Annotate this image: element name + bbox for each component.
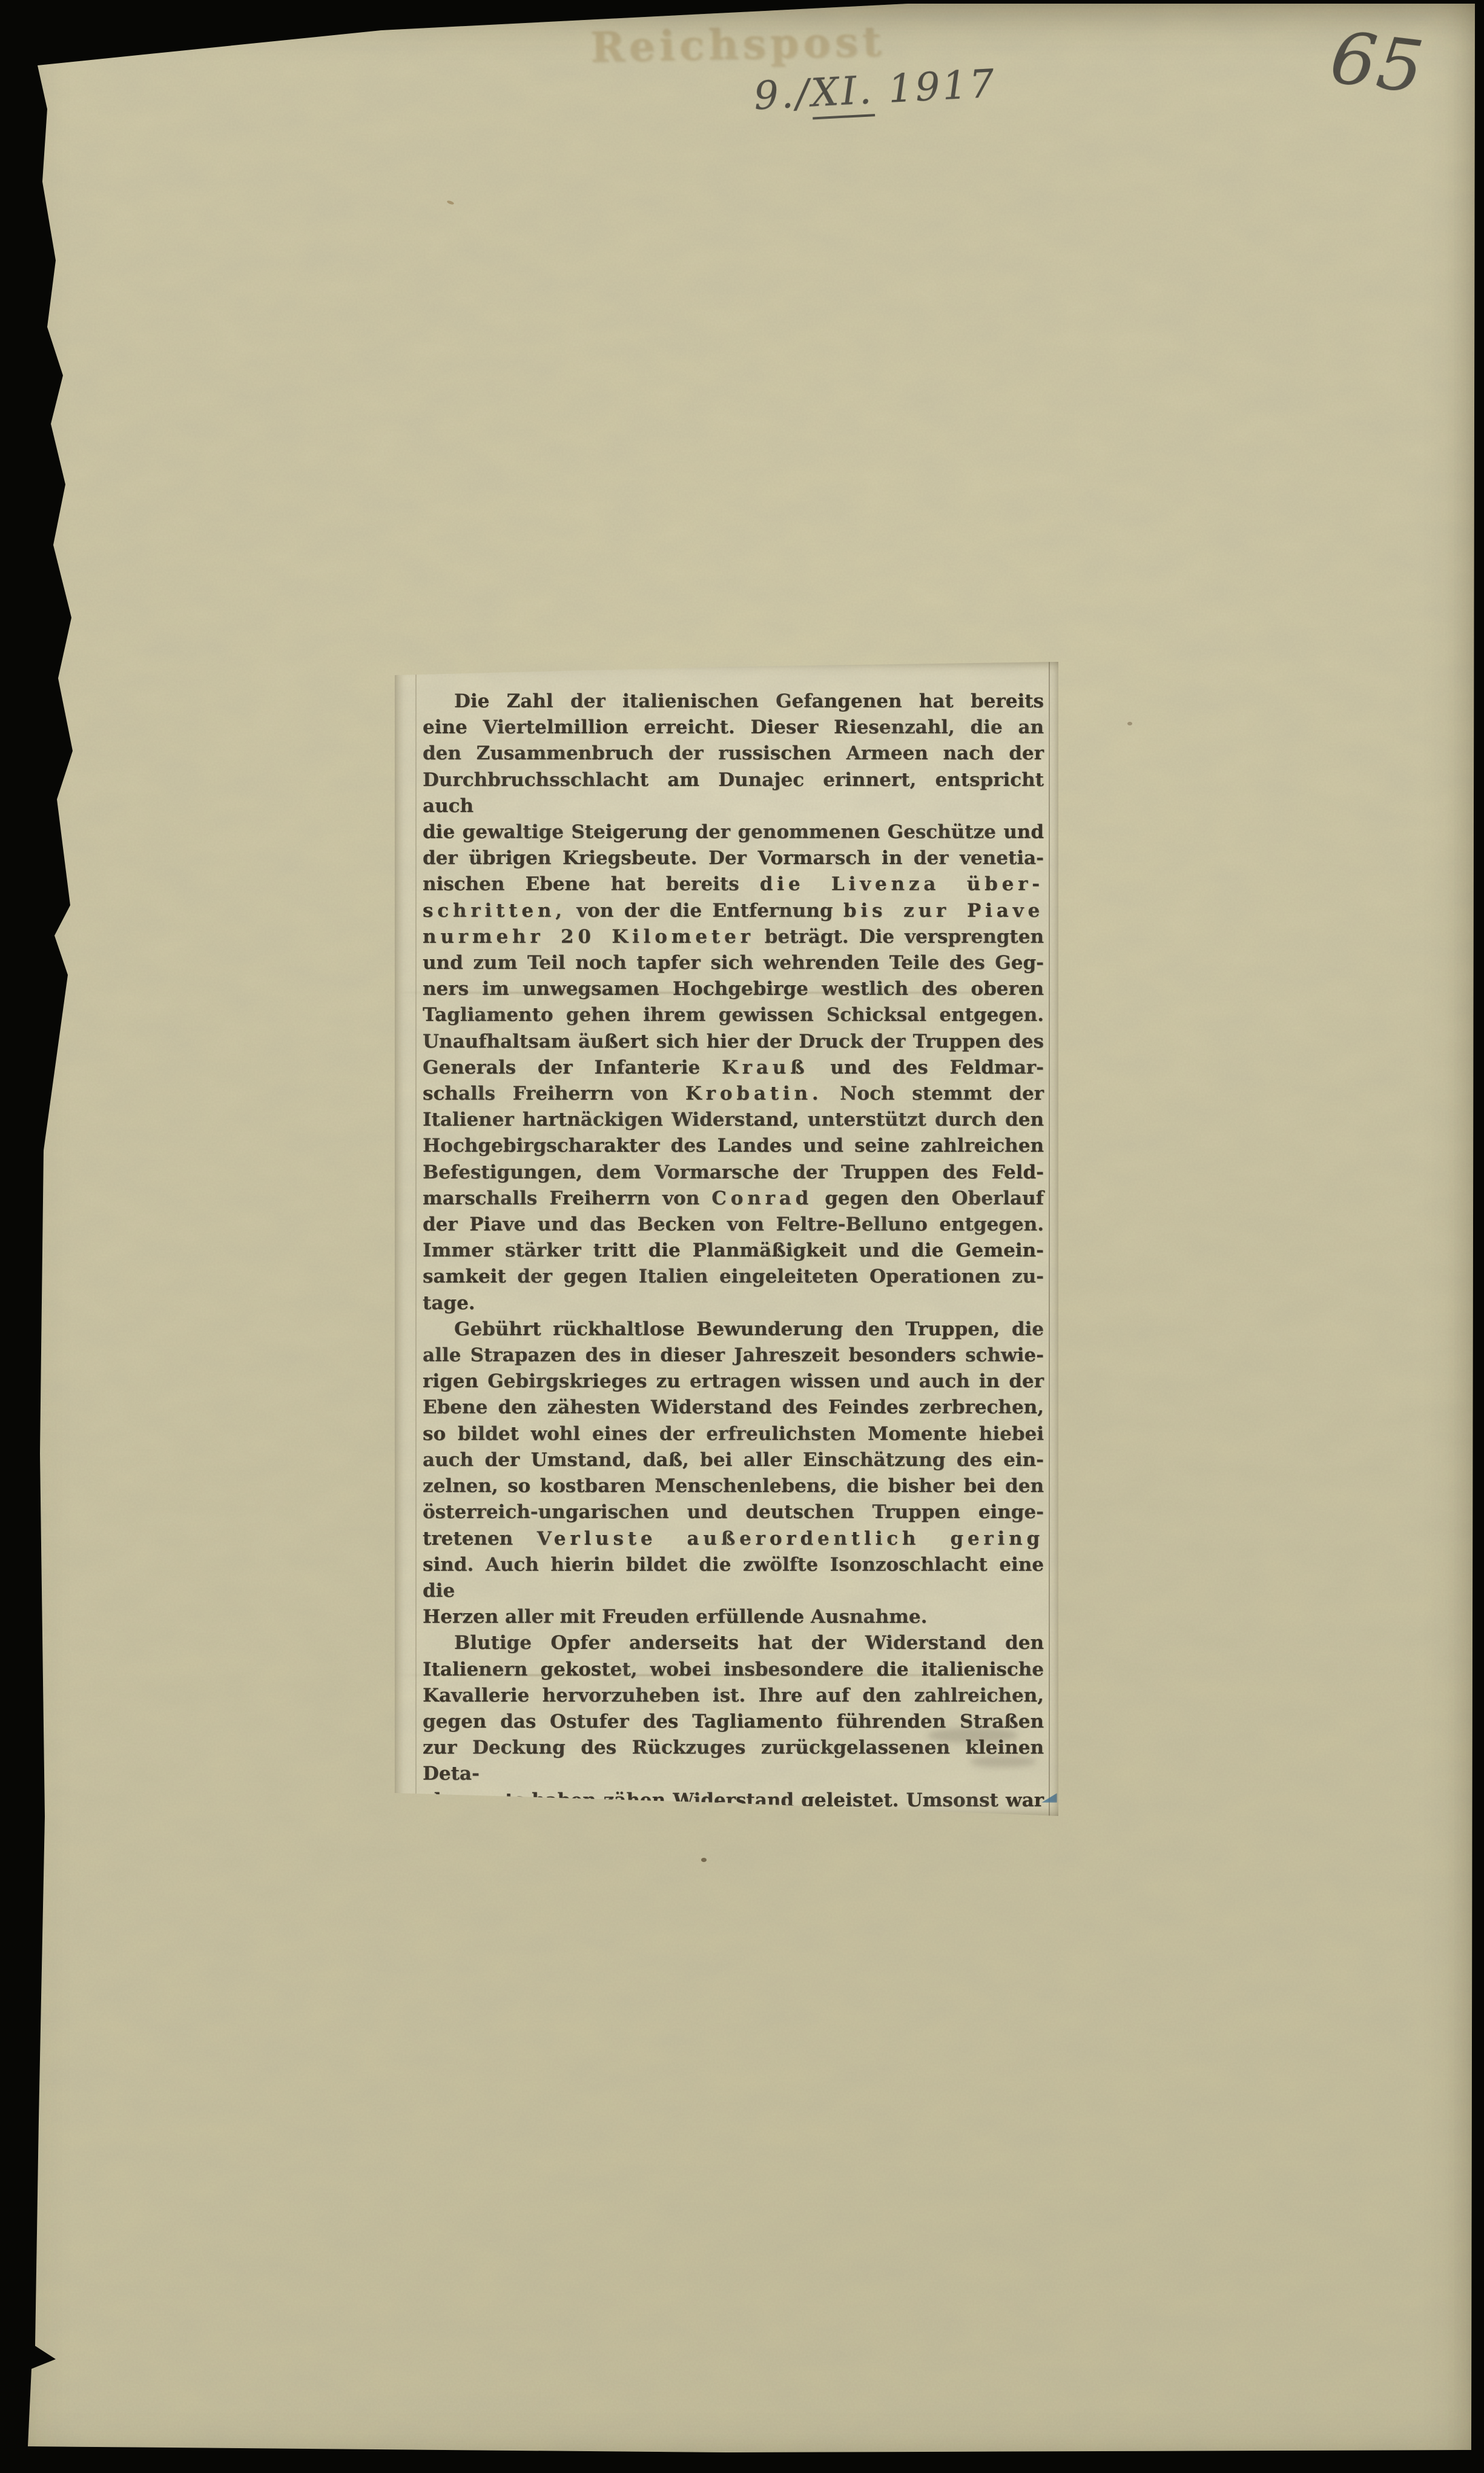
paper-sheet: Reichspost 9./XI. 1917 65 Die Zahl der i… [0,0,1484,2473]
clipping-line: Herzen aller mit Freuden erfüllende Ausn… [423,1604,1044,1630]
clipping-line: Durchbruchsschlacht am Dunajec erinnert,… [423,767,1044,819]
body-text: Generals der Infanterie [423,1057,722,1078]
body-text: chements haben zähen Widerstand geleiste… [423,1789,1044,1811]
clipping-line: nurmehr 20 Kilometer beträgt. Die verspr… [423,924,1044,950]
clipping-line: die gewaltige Steigerung der genommenen … [423,819,1044,845]
body-text: samkeit der gegen Italien eingeleiteten … [423,1266,1044,1287]
date-year: 1917 [872,62,998,113]
clipping-text: Die Zahl der italienischen Gefangenen ha… [423,688,1044,1866]
clipping-line: tage. [423,1290,1044,1316]
date-month: XI. [810,68,875,119]
letterspaced-text: Conrad [711,1187,813,1209]
clipping-line: eine Viertelmillion erreicht. Dieser Rie… [423,715,1044,741]
paper-speck [701,1858,707,1862]
clipping-line: der Piave und das Becken von Feltre-Bell… [423,1212,1044,1238]
clipping-column-rule-right [1049,662,1050,1816]
clipping-line: ners im unwegsamen Hochgebirge westlich … [423,976,1044,1002]
body-text: beträgt. Die versprengten [754,926,1044,948]
body-text: Befestigungen, dem Vormarsche der Truppe… [423,1161,1044,1183]
body-text: Ebene den zähesten Widerstand des Feinde… [423,1396,1044,1418]
letterspaced-text: nurmehr 20 Kilometer [423,926,754,948]
body-text: schalls Freiherrn von [423,1083,685,1104]
newspaper-clipping: Die Zahl der italienischen Gefangenen ha… [395,662,1058,1816]
letterspaced-text: schritten, [423,900,566,922]
clipping-line: Italienern gekostet, wobei insbesondere … [423,1657,1044,1683]
body-text: Tagliamento gehen ihrem gewissen Schicks… [423,1004,1044,1026]
body-text: tage. [423,1292,475,1314]
watermark-stamp: Reichspost [590,18,886,72]
body-text: Durchbruchsschlacht am Dunajec erinnert,… [423,769,1044,817]
clipping-line: Blutige Opfer anderseits hat der Widerst… [423,1630,1044,1656]
clipping-line: deten bereits der Piave entgegen. [423,1840,1044,1866]
clipping-line: nischen Ebene hat bereits die Livenza üb… [423,871,1044,897]
body-text: marschalls Freiherrn von [423,1187,711,1209]
body-text: die gewaltige Steigerung der genommenen … [423,821,1044,843]
clipping-line: samkeit der gegen Italien eingeleiteten … [423,1264,1044,1290]
clipping-line: sind. Auch hierin bildet die zwölfte Iso… [423,1552,1044,1604]
body-text: Italienern gekostet, wobei insbesondere … [423,1659,1044,1680]
body-text: Blutige Opfer anderseits hat der Widerst… [454,1632,1044,1654]
paper-speck [447,200,455,205]
letterspaced-text: Krauß [722,1057,809,1078]
clipping-line: Gebührt rückhaltlose Bewunderung den Tru… [423,1316,1044,1342]
body-text: ihr Opfermut, heute schreiten die Truppe… [423,1815,1044,1837]
body-text: den Zusammenbruch der russischen Armeen … [423,742,1044,764]
body-text: auch der Umstand, daß, bei aller Einschä… [423,1449,1044,1471]
body-text: eine Viertelmillion erreicht. Dieser Rie… [423,716,1044,738]
handwritten-date: 9./XI. 1917 [753,62,997,119]
body-text: gegen das Ostufer des Tagliamento führen… [423,1711,1044,1732]
date-day: 9./ [753,71,812,119]
body-text: von der die Entfernung [566,900,843,922]
body-text: und zum Teil noch tapfer sich wehrenden … [423,952,1044,974]
body-text: ners im unwegsamen Hochgebirge westlich … [423,978,1044,1000]
clipping-line: Italiener hartnäckigen Widerstand, unter… [423,1107,1044,1133]
body-text: Herzen aller mit Freuden erfüllende Ausn… [423,1606,927,1628]
body-text: Noch stemmt der [822,1083,1044,1104]
clipping-line: auch der Umstand, daß, bei aller Einschä… [423,1447,1044,1473]
body-text: der übrigen Kriegsbeute. Der Vormarsch i… [423,847,1044,869]
body-text: gegen den Oberlauf [813,1187,1044,1209]
paper-speck [1127,722,1132,725]
clipping-line: den Zusammenbruch der russischen Armeen … [423,741,1044,767]
clipping-line: so bildet wohl eines der erfreulichsten … [423,1421,1044,1447]
body-text: Kavallerie hervorzuheben ist. Ihre auf d… [423,1685,1044,1706]
clipping-column-rule-left [415,662,417,1816]
clipping-line: Die Zahl der italienischen Gefangenen ha… [423,688,1044,715]
clipping-line: schalls Freiherrn von Krobatin. Noch ste… [423,1081,1044,1107]
body-text: zur Deckung des Rückzuges zurückgelassen… [423,1737,1044,1785]
body-text: deten bereits der Piave entgegen. [423,1841,777,1863]
body-text: nischen Ebene hat bereits [423,873,760,895]
body-text: alle Strapazen des in dieser Jahreszeit … [423,1344,1044,1366]
body-text: Immer stärker tritt die Planmäßigkeit un… [423,1240,1044,1261]
clipping-line: gegen das Ostufer des Tagliamento führen… [423,1709,1044,1735]
clipping-line: chements haben zähen Widerstand geleiste… [423,1788,1044,1814]
letterspaced-text: bis zur Piave [843,900,1044,922]
clipping-line: Immer stärker tritt die Planmäßigkeit un… [423,1238,1044,1264]
body-text: Italiener hartnäckigen Widerstand, unter… [423,1109,1044,1131]
clipping-line: tretenen Verluste außerordentlich gering [423,1526,1044,1552]
body-text: Hochgebirgscharakter des Landes und sein… [423,1135,1044,1157]
body-text: der Piave und das Becken von Feltre-Bell… [423,1213,1044,1235]
clipping-line: Hochgebirgscharakter des Landes und sein… [423,1133,1044,1159]
page-number: 65 [1326,15,1429,110]
clipping-line: ihr Opfermut, heute schreiten die Truppe… [423,1814,1044,1840]
clipping-line: zur Deckung des Rückzuges zurückgelassen… [423,1735,1044,1787]
letterspaced-text: die Livenza über- [760,873,1044,895]
clipping-line: zelnen, so kostbaren Menschenlebens, die… [423,1473,1044,1499]
body-text: rigen Gebirgskrieges zu ertragen wissen … [423,1370,1044,1392]
clipping-line: Tagliamento gehen ihrem gewissen Schicks… [423,1002,1044,1028]
body-text: und des Feldmar- [809,1057,1044,1078]
clipping-line: Befestigungen, dem Vormarsche der Truppe… [423,1160,1044,1186]
clipping-line: alle Strapazen des in dieser Jahreszeit … [423,1342,1044,1369]
clipping-line: Kavallerie hervorzuheben ist. Ihre auf d… [423,1683,1044,1709]
body-text: Die Zahl der italienischen Gefangenen ha… [454,690,1044,712]
body-text: sind. Auch hierin bildet die zwölfte Iso… [423,1554,1044,1602]
clipping-line: Unaufhaltsam äußert sich hier der Druck … [423,1029,1044,1055]
body-text: zelnen, so kostbaren Menschenlebens, die… [423,1475,1044,1497]
clipping-line: Generals der Infanterie Krauß und des Fe… [423,1055,1044,1081]
letterspaced-text: Krobatin. [685,1083,823,1104]
body-text: tretenen [423,1528,537,1550]
clipping-line: marschalls Freiherrn von Conrad gegen de… [423,1186,1044,1212]
clipping-line: österreich-ungarischen und deutschen Tru… [423,1499,1044,1525]
clipping-line: rigen Gebirgskrieges zu ertragen wissen … [423,1369,1044,1395]
body-text: Gebührt rückhaltlose Bewunderung den Tru… [454,1318,1044,1340]
clipping-line: und zum Teil noch tapfer sich wehrenden … [423,950,1044,976]
body-text: so bildet wohl eines der erfreulichsten … [423,1423,1044,1445]
body-text: Unaufhaltsam äußert sich hier der Druck … [423,1031,1044,1052]
body-text: österreich-ungarischen und deutschen Tru… [423,1501,1044,1523]
scan-background: Reichspost 9./XI. 1917 65 Die Zahl der i… [0,0,1484,2473]
clipping-line: der übrigen Kriegsbeute. Der Vormarsch i… [423,845,1044,871]
clipping-line: schritten, von der die Entfernung bis zu… [423,898,1044,924]
letterspaced-text: Verluste außerordentlich gering [537,1528,1044,1550]
clipping-line: Ebene den zähesten Widerstand des Feinde… [423,1395,1044,1421]
